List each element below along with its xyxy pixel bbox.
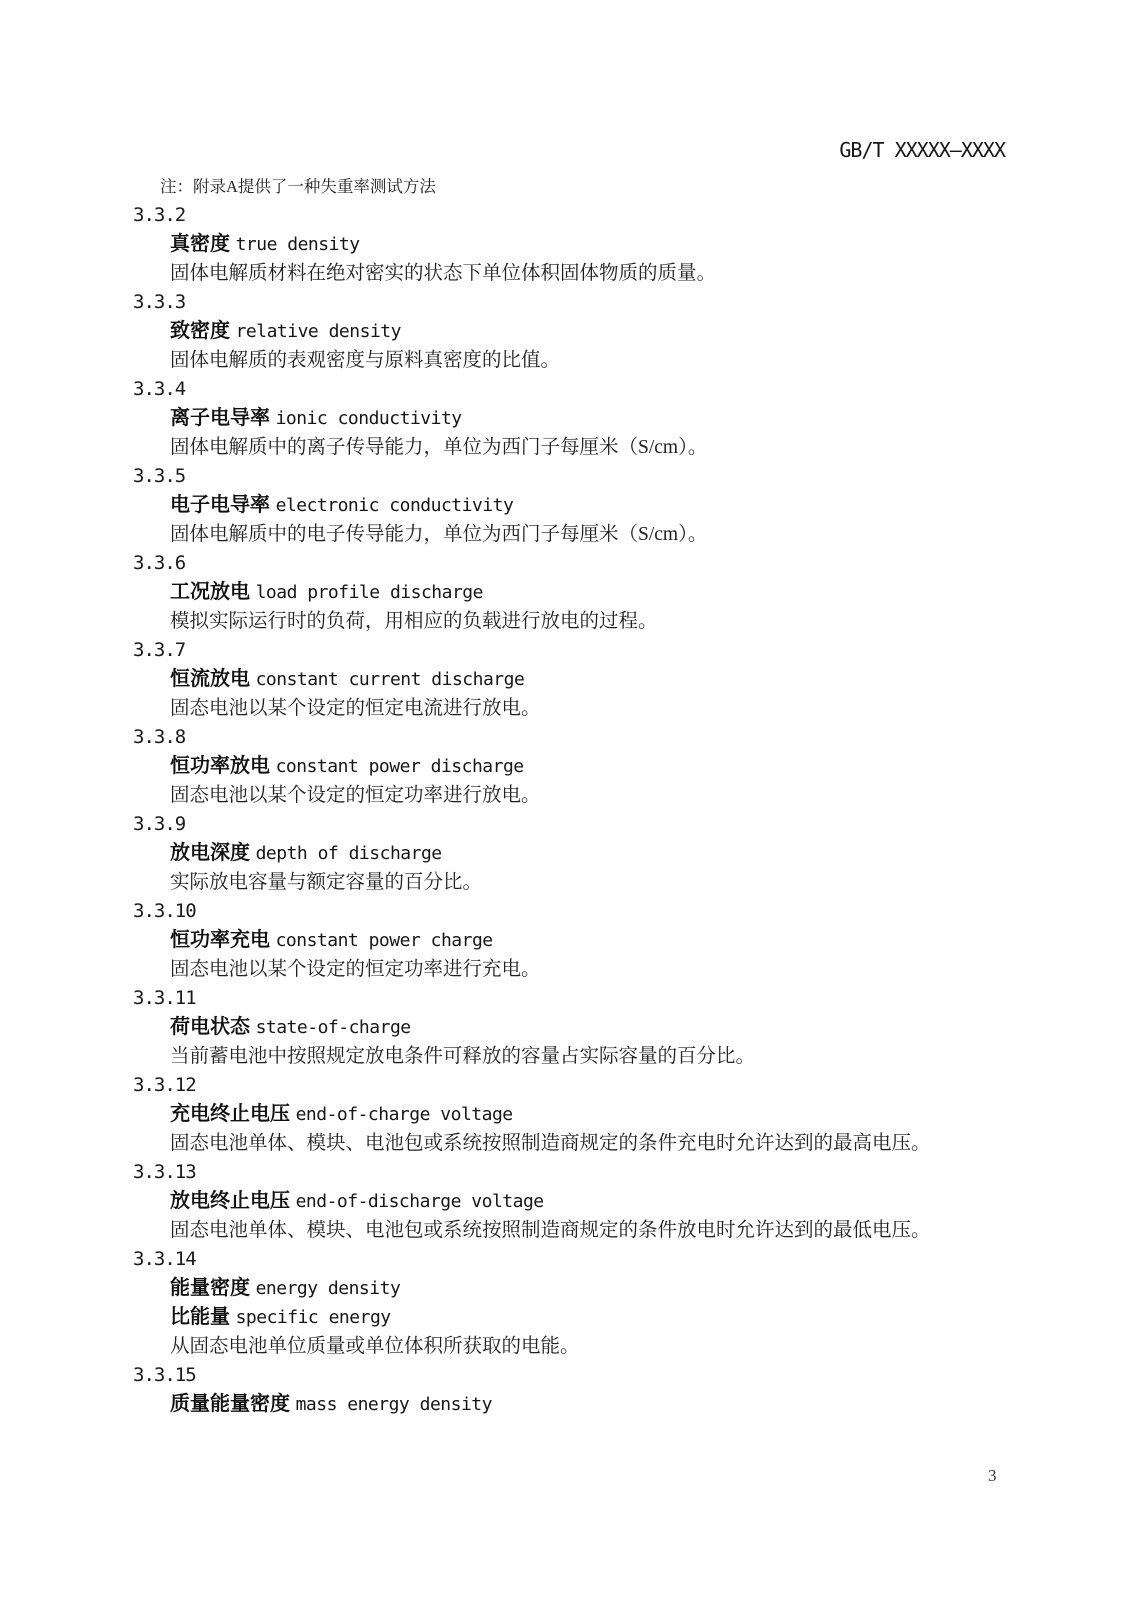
section-number: 3.3.9 [0,810,1131,839]
definition-text: 固态电池单体、模块、电池包或系统按照制造商规定的条件放电时允许达到的最低电压。 [0,1216,1131,1245]
term-zh: 放电深度 [170,842,250,864]
term-en: load profile discharge [256,582,483,603]
term-zh: 质量能量密度 [170,1393,290,1415]
term-zh: 充电终止电压 [170,1103,290,1125]
term-line: 放电深度 depth of discharge [0,839,1131,868]
term-lines: 放电深度 depth of discharge [0,839,1131,868]
page-number: 3 [988,1466,997,1486]
term-zh: 放电终止电压 [170,1190,290,1212]
term-lines: 真密度 true density [0,230,1131,259]
section-number: 3.3.13 [0,1158,1131,1187]
term-lines: 离子电导率 ionic conductivity [0,404,1131,433]
section-number: 3.3.15 [0,1361,1131,1390]
definition-text: 当前蓄电池中按照规定放电条件可释放的容量占实际容量的百分比。 [0,1042,1131,1071]
term-zh: 离子电导率 [170,407,270,429]
section-number: 3.3.6 [0,549,1131,578]
term-lines: 荷电状态 state-of-charge [0,1013,1131,1042]
section-number: 3.3.12 [0,1071,1131,1100]
term-line: 质量能量密度 mass energy density [0,1390,1131,1419]
term-section: 3.3.12 充电终止电压 end-of-charge voltage 固态电池… [0,1071,1131,1158]
term-zh: 恒流放电 [170,668,250,690]
term-line: 离子电导率 ionic conductivity [0,404,1131,433]
section-number: 3.3.10 [0,897,1131,926]
term-en: energy density [256,1278,401,1299]
term-en: true density [236,234,360,255]
term-zh: 恒功率充电 [170,929,270,951]
term-lines: 工况放电 load profile discharge [0,578,1131,607]
section-number: 3.3.14 [0,1245,1131,1274]
term-en: constant power discharge [276,756,524,777]
section-number: 3.3.4 [0,375,1131,404]
term-line: 比能量 specific energy [0,1303,1131,1332]
sections: 3.3.2 真密度 true density 固体电解质材料在绝对密实的状态下单… [0,201,1131,1419]
term-lines: 致密度 relative density [0,317,1131,346]
term-zh: 恒功率放电 [170,755,270,777]
term-section: 3.3.7 恒流放电 constant current discharge 固态… [0,636,1131,723]
section-number: 3.3.2 [0,201,1131,230]
definition-text: 固体电解质中的电子传导能力，单位为西门子每厘米（S/cm）。 [0,520,1131,549]
term-en: end-of-discharge voltage [296,1191,544,1212]
section-number: 3.3.3 [0,288,1131,317]
term-en: constant current discharge [256,669,525,690]
term-en: relative density [236,321,401,342]
term-section: 3.3.4 离子电导率 ionic conductivity 固体电解质中的离子… [0,375,1131,462]
term-line: 致密度 relative density [0,317,1131,346]
term-section: 3.3.13 放电终止电压 end-of-discharge voltage 固… [0,1158,1131,1245]
term-section: 3.3.6 工况放电 load profile discharge 模拟实际运行… [0,549,1131,636]
definition-text: 模拟实际运行时的负荷，用相应的负载进行放电的过程。 [0,607,1131,636]
section-number: 3.3.7 [0,636,1131,665]
term-zh: 真密度 [170,233,230,255]
definition-text: 固体电解质材料在绝对密实的状态下单位体积固体物质的质量。 [0,259,1131,288]
term-section: 3.3.11 荷电状态 state-of-charge 当前蓄电池中按照规定放电… [0,984,1131,1071]
term-section: 3.3.9 放电深度 depth of discharge 实际放电容量与额定容… [0,810,1131,897]
term-lines: 质量能量密度 mass energy density [0,1390,1131,1419]
term-lines: 恒功率充电 constant power charge [0,926,1131,955]
term-lines: 放电终止电压 end-of-discharge voltage [0,1187,1131,1216]
term-line: 能量密度 energy density [0,1274,1131,1303]
definition-text: 实际放电容量与额定容量的百分比。 [0,868,1131,897]
terms-content: 注：附录A提供了一种失重率测试方法 3.3.2 真密度 true density… [0,172,1131,1419]
term-en: constant power charge [276,930,493,951]
term-line: 放电终止电压 end-of-discharge voltage [0,1187,1131,1216]
definition-text: 从固态电池单位质量或单位体积所获取的电能。 [0,1332,1131,1361]
term-line: 充电终止电压 end-of-charge voltage [0,1100,1131,1129]
term-lines: 电子电导率 electronic conductivity [0,491,1131,520]
term-zh: 致密度 [170,320,230,342]
doc-code-header: GB/T XXXXX—XXXX [839,138,1005,162]
term-line: 恒流放电 constant current discharge [0,665,1131,694]
definition-text: 固态电池以某个设定的恒定电流进行放电。 [0,694,1131,723]
term-en: state-of-charge [256,1017,411,1038]
term-lines: 恒流放电 constant current discharge [0,665,1131,694]
term-line: 真密度 true density [0,230,1131,259]
term-section: 3.3.8 恒功率放电 constant power discharge 固态电… [0,723,1131,810]
term-section: 3.3.14 能量密度 energy density比能量 specific e… [0,1245,1131,1361]
term-line: 恒功率放电 constant power discharge [0,752,1131,781]
definition-text: 固体电解质的表观密度与原料真密度的比值。 [0,346,1131,375]
section-number: 3.3.11 [0,984,1131,1013]
term-line: 工况放电 load profile discharge [0,578,1131,607]
definition-text: 固态电池以某个设定的恒定功率进行充电。 [0,955,1131,984]
term-zh: 荷电状态 [170,1016,250,1038]
definition-text: 固体电解质中的离子传导能力，单位为西门子每厘米（S/cm）。 [0,433,1131,462]
document-page: GB/T XXXXX—XXXX 注：附录A提供了一种失重率测试方法 3.3.2 … [0,0,1131,1600]
definition-text: 固态电池以某个设定的恒定功率进行放电。 [0,781,1131,810]
definition-text: 固态电池单体、模块、电池包或系统按照制造商规定的条件充电时允许达到的最高电压。 [0,1129,1131,1158]
note-text: 注：附录A提供了一种失重率测试方法 [0,172,1131,201]
term-lines: 能量密度 energy density比能量 specific energy [0,1274,1131,1332]
term-en: mass energy density [296,1394,492,1415]
term-section: 3.3.3 致密度 relative density 固体电解质的表观密度与原料… [0,288,1131,375]
term-section: 3.3.10 恒功率充电 constant power charge 固态电池以… [0,897,1131,984]
term-zh: 工况放电 [170,581,250,603]
section-number: 3.3.5 [0,462,1131,491]
term-line: 恒功率充电 constant power charge [0,926,1131,955]
term-section: 3.3.15 质量能量密度 mass energy density [0,1361,1131,1419]
term-line: 荷电状态 state-of-charge [0,1013,1131,1042]
term-en: specific energy [236,1307,391,1328]
term-section: 3.3.5 电子电导率 electronic conductivity 固体电解… [0,462,1131,549]
term-line: 电子电导率 electronic conductivity [0,491,1131,520]
term-en: end-of-charge voltage [296,1104,513,1125]
term-en: electronic conductivity [276,495,514,516]
term-lines: 充电终止电压 end-of-charge voltage [0,1100,1131,1129]
term-zh: 电子电导率 [170,494,270,516]
term-en: ionic conductivity [276,408,462,429]
term-en: depth of discharge [256,843,442,864]
term-section: 3.3.2 真密度 true density 固体电解质材料在绝对密实的状态下单… [0,201,1131,288]
term-lines: 恒功率放电 constant power discharge [0,752,1131,781]
term-zh: 能量密度 [170,1277,250,1299]
term-zh: 比能量 [170,1306,230,1328]
section-number: 3.3.8 [0,723,1131,752]
